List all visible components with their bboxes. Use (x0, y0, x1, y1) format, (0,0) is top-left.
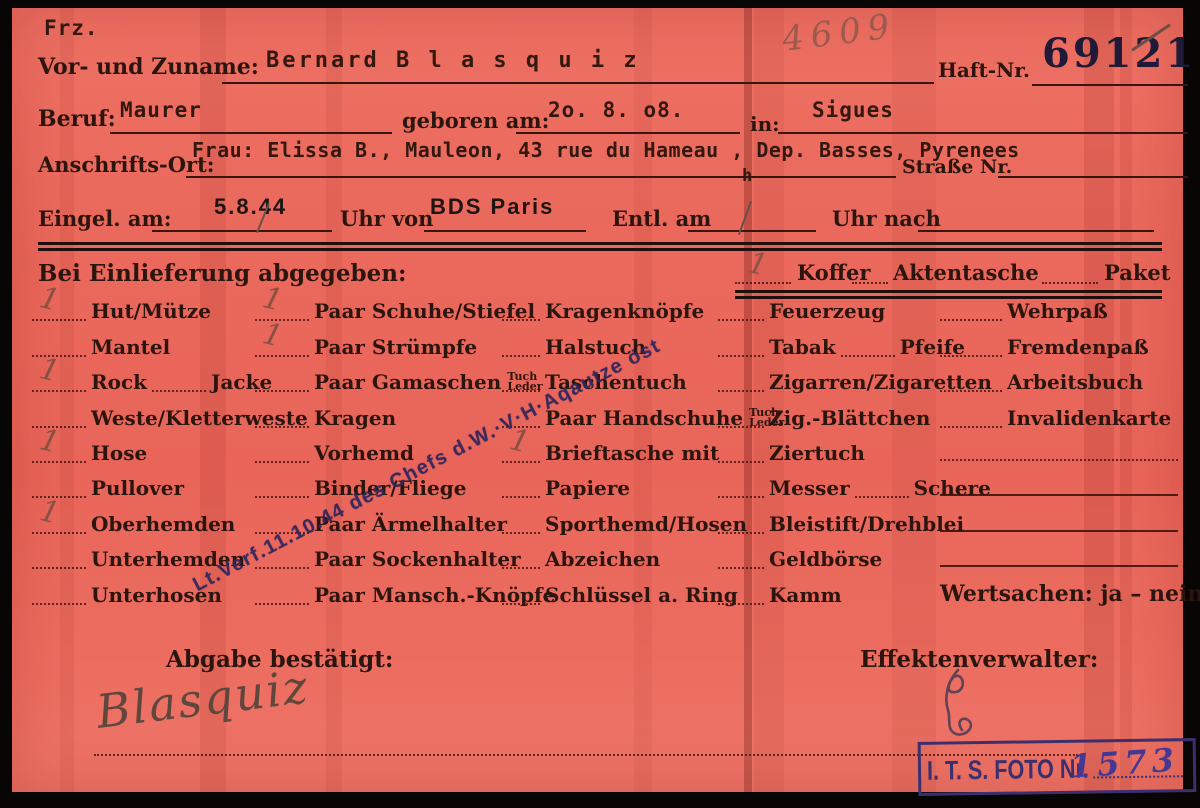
effects-card-scan: Frz. 4609 Vor- und Zuname: Bernard B l a… (0, 0, 1200, 808)
geboren-label: geboren am: (402, 110, 549, 131)
dotted-leader (855, 491, 909, 498)
dotted-leader (940, 314, 1002, 321)
item-label: Geldbörse (769, 550, 882, 569)
item-label: Mantel (91, 338, 170, 357)
dotted-leader (255, 456, 309, 463)
item-label: Rock (91, 373, 147, 392)
dotted-leader (152, 385, 206, 392)
item-label: Paar Strümpfe (314, 338, 477, 357)
dotted-leader (502, 598, 540, 605)
name-value: Bernard B l a s q u i z (266, 50, 640, 72)
entl-label: Entl. am (612, 208, 711, 229)
uhr-nach-line (918, 230, 1154, 232)
dotted-leader (502, 314, 540, 321)
paket-label: Paket (1104, 262, 1170, 283)
strasse-nr-line (998, 176, 1188, 178)
beruf-label: Beruf: (38, 108, 116, 130)
dotted-leader (502, 491, 540, 498)
item-row: Fremdenpaß (940, 321, 1200, 356)
eingel-label: Eingel. am: (38, 208, 171, 229)
dotted-leader (718, 314, 764, 321)
anschrift-label: Anschrifts-Ort: (38, 154, 215, 175)
dotted-leader: 1 (32, 456, 86, 463)
item-row: Wertsachen: ja – nein (940, 569, 1200, 604)
beruf-line (110, 132, 392, 134)
blank-line (940, 463, 1200, 498)
eingel-value: 5.8.44 (214, 196, 287, 218)
in-line (778, 132, 1188, 134)
item-label: Wertsachen: ja – nein (940, 584, 1200, 605)
dotted-leader (255, 385, 309, 392)
dotted-leader: 1 (32, 314, 86, 321)
in-label: in: (750, 114, 780, 134)
dotted-leader (718, 350, 764, 357)
handwritten-tally: 1 (259, 316, 286, 355)
blank-line (940, 534, 1200, 569)
item-label: Oberhemden (91, 515, 235, 534)
item-label: Fremdenpaß (1007, 338, 1149, 357)
section-title: Bei Einlieferung abgegeben: (38, 262, 406, 285)
beruf-value: Maurer (120, 100, 202, 121)
item-label: Feuerzeug (769, 302, 885, 321)
its-foto-number: 1573 (1069, 740, 1180, 785)
nationality-note: Frz. (44, 18, 99, 39)
uhr-nach-label: Uhr nach (832, 208, 941, 229)
entl-line (688, 230, 816, 232)
item-label: Paar Gamaschen (314, 373, 501, 392)
aktentasche-label: Aktentasche (893, 262, 1039, 283)
item-label: Hose (91, 444, 147, 463)
its-foto-stamp: I. T. S. FOTO Nr. 1573 (918, 738, 1197, 796)
dotted-leader (718, 598, 764, 605)
item-row: Wehrpaß (940, 286, 1200, 321)
item-label: Kragenknöpfe (545, 302, 704, 321)
item-row: Arbeitsbuch (940, 357, 1200, 392)
haft-nr-label: Haft-Nr. (938, 60, 1030, 80)
dotted-leader: 1 (32, 527, 86, 534)
item-label: Bleistift/Drehblei (769, 515, 964, 534)
item-label: Abzeichen (545, 550, 660, 569)
haft-nr-value: 69121 (1042, 34, 1196, 74)
item-label: Paar Handschuhe (545, 409, 743, 428)
blank-line (940, 498, 1200, 533)
item-label: Sporthemd/Hosen (545, 515, 747, 534)
dotted-leader (32, 598, 86, 605)
dotted-leader (255, 491, 309, 498)
haft-nr-line (1032, 84, 1188, 86)
handwritten-tally: 1 (36, 351, 63, 390)
items-column: WehrpaßFremdenpaßArbeitsbuchInvalidenkar… (940, 286, 1200, 616)
item-label: Arbeitsbuch (1007, 373, 1143, 392)
dotted-leader (255, 421, 309, 428)
name-line (222, 82, 934, 84)
item-label: Kragen (314, 409, 396, 428)
item-label: Pullover (91, 479, 184, 498)
anschrift-note: h (742, 168, 753, 185)
item-label: Messer (769, 479, 850, 498)
geboren-line (516, 132, 740, 134)
item-label: Invalidenkarte (1007, 409, 1171, 428)
name-label: Vor- und Zuname: (38, 56, 259, 78)
anschrift-value: Frau: Elissa B., Mauleon, 43 rue du Hame… (192, 140, 1020, 160)
strasse-nr-label: Straße Nr. (902, 158, 1012, 177)
dotted-leader (841, 350, 895, 357)
dotted-leader (940, 350, 1002, 357)
anschrift-line (186, 176, 896, 178)
uhr-von-value: BDS Paris (430, 196, 554, 218)
koffer-label: Koffer (797, 262, 870, 283)
item-label: Brieftasche mit (545, 444, 719, 463)
dotted-leader (718, 421, 764, 428)
item-label: Kamm (769, 586, 842, 605)
dotted-leader (718, 527, 764, 534)
uhr-von-line (424, 230, 586, 232)
dotted-leader: 1 (32, 385, 86, 392)
dotted-leader (255, 598, 309, 605)
item-row: Invalidenkarte (940, 392, 1200, 427)
item-label: Hut/Mütze (91, 302, 211, 321)
dotted-leader (718, 562, 764, 569)
item-label: Papiere (545, 479, 630, 498)
dotted-leader (940, 385, 1002, 392)
items-grid: 1Hut/MützeMantel1RockJackeWeste/Kletterw… (32, 286, 1188, 616)
paket-line (1042, 282, 1098, 284)
its-foto-label: I. T. S. FOTO Nr. (927, 754, 1089, 787)
dotted-leader (718, 385, 764, 392)
item-label: Zig.-Blättchen (769, 409, 930, 428)
handwritten-tally: 1 (36, 281, 63, 320)
item-label: Ziertuch (769, 444, 865, 463)
item-label: Tabak (769, 338, 836, 357)
handwritten-tally: 1 (259, 281, 286, 320)
koffer-line (735, 282, 791, 284)
item-label: Paar Sockenhalter (314, 550, 521, 569)
aktentasche-line (852, 282, 888, 284)
dotted-leader (718, 456, 764, 463)
dotted-leader (502, 562, 540, 569)
in-value: Sigues (812, 100, 894, 121)
section-rule (38, 242, 1162, 251)
eingel-line (152, 230, 332, 232)
dotted-leader (718, 491, 764, 498)
dotted-leader (32, 562, 86, 569)
dotted-leader (502, 385, 540, 392)
dotted-leader (502, 527, 540, 534)
item-label: Wehrpaß (1007, 302, 1108, 321)
handwritten-tally: 1 (36, 422, 63, 461)
dotted-leader: 1 (502, 456, 540, 463)
dotted-leader (502, 350, 540, 357)
dotted-leader (940, 421, 1002, 428)
item-label: Vorhemd (314, 444, 414, 463)
item-label: Schlüssel a. Ring (545, 586, 738, 605)
uhr-von-label: Uhr von (340, 208, 433, 229)
blank-line (940, 428, 1200, 463)
dotted-leader: 1 (255, 350, 309, 357)
handwritten-tally: 1 (36, 493, 63, 532)
effektenverwalter-initial (918, 664, 1002, 744)
geboren-value: 2o. 8. o8. (548, 100, 684, 121)
